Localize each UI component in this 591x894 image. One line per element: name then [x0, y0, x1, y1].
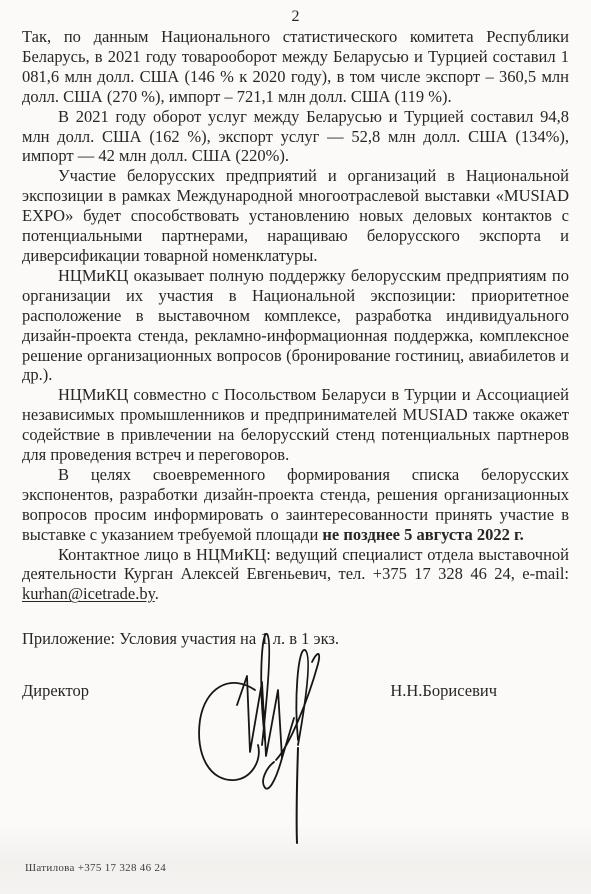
paragraph-services-turnover: В 2021 году оборот услуг между Беларусью…	[22, 107, 569, 167]
signature-row: Директор Н.Н.Борисевич	[22, 681, 569, 701]
paragraph-deadline: В целях своевременного формирования спис…	[22, 465, 569, 545]
deadline-date: не позднее 5 августа 2022 г.	[322, 525, 523, 544]
contact-period: .	[155, 584, 159, 603]
email-link[interactable]: kurhan@icetrade.by	[22, 584, 155, 603]
page-number: 2	[0, 8, 591, 26]
paragraph-expo-participation: Участие белорусских предприятий и органи…	[22, 166, 569, 266]
paragraph-ncmikc-support: НЦМиКЦ оказывает полную поддержку белору…	[22, 266, 569, 385]
executor-footer-note: Шатилова +375 17 328 46 24	[25, 862, 166, 874]
paragraph-embassy-cooperation: НЦМиКЦ совместно с Посольством Беларуси …	[22, 385, 569, 465]
signer-title: Директор	[22, 681, 89, 701]
signer-name: Н.Н.Борисевич	[390, 681, 497, 701]
contact-text: Контактное лицо в НЦМиКЦ: ведущий специа…	[22, 545, 569, 584]
scan-shade	[0, 824, 591, 894]
paragraph-trade-turnover: Так, по данным Национального статистичес…	[22, 27, 569, 107]
attachment-line: Приложение: Условия участия на 1 л. в 1 …	[22, 629, 569, 649]
letter-body: Так, по данным Национального статистичес…	[22, 27, 569, 701]
paragraph-contact: Контактное лицо в НЦМиКЦ: ведущий специа…	[22, 545, 569, 605]
document-page: 2 Так, по данным Национального статистич…	[0, 0, 591, 894]
